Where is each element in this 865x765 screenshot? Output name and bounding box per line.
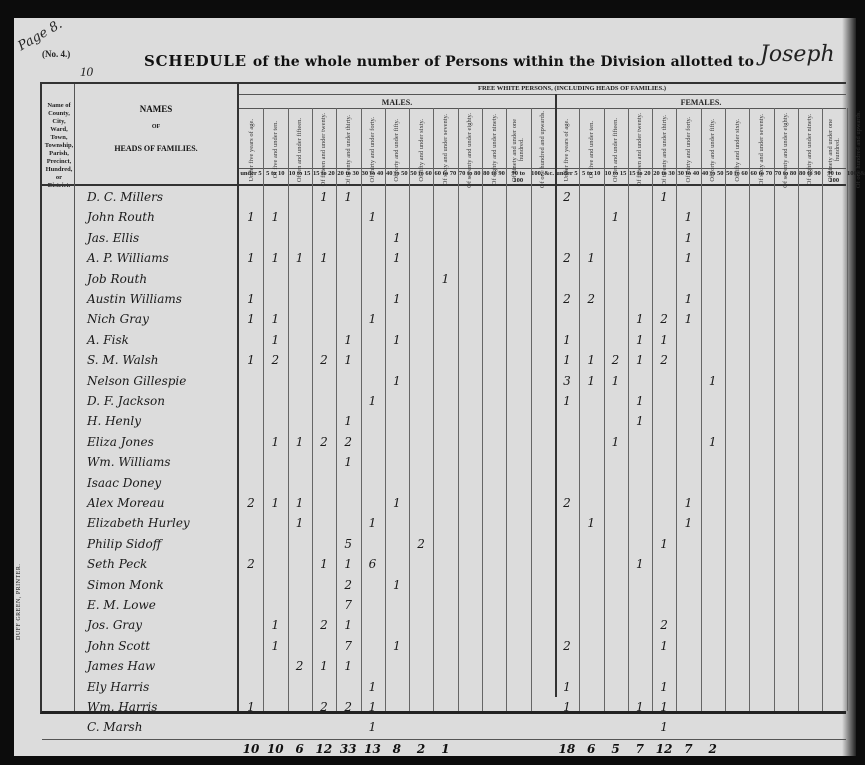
head-of-family-name: Nelson Gillespie — [87, 374, 186, 388]
males-count-cell: 1 — [336, 333, 360, 347]
head-of-family-name: Elizabeth Hurley — [87, 516, 190, 530]
females-count-cell: 1 — [701, 435, 725, 449]
rule-line — [409, 108, 410, 711]
females-column-description: Of twenty and under thirty. — [653, 110, 675, 190]
males-count-cell: 1 — [239, 353, 263, 367]
rule-line — [237, 84, 239, 711]
females-count-cell: 2 — [652, 312, 676, 326]
head-of-family-name: Alex Moreau — [87, 496, 164, 510]
males-total-cell: 12 — [312, 742, 336, 756]
males-column-description: Under five years of age. — [240, 110, 262, 190]
females-age-column-label: 100, &c. — [847, 170, 865, 177]
males-total-cell: 6 — [288, 742, 312, 756]
males-column-description: Of fifty and under sixty. — [410, 110, 432, 190]
males-count-cell: 1 — [385, 333, 409, 347]
males-count-cell: 5 — [336, 537, 360, 551]
females-count-cell: 1 — [628, 700, 652, 714]
males-count-cell: 1 — [385, 292, 409, 306]
males-header: MALES. — [239, 98, 555, 107]
females-count-cell: 2 — [555, 190, 579, 204]
head-of-family-name: Jas. Ellis — [87, 231, 139, 245]
males-count-cell: 1 — [263, 251, 287, 265]
males-age-column-label: 50 to 60 — [409, 170, 433, 177]
females-count-cell: 3 — [555, 374, 579, 388]
males-total-cell: 13 — [361, 742, 385, 756]
females-count-cell: 1 — [652, 537, 676, 551]
males-column-description: Of ten and under fifteen. — [289, 110, 311, 190]
males-count-cell: 1 — [263, 312, 287, 326]
males-count-cell: 1 — [336, 455, 360, 469]
females-count-cell: 2 — [555, 639, 579, 653]
males-age-column-label: 100, &c. — [531, 170, 555, 177]
males-count-cell: 1 — [385, 374, 409, 388]
rule-line — [676, 108, 677, 711]
males-total-cell: 10 — [239, 742, 263, 756]
males-count-cell: 1 — [239, 251, 263, 265]
females-count-cell: 1 — [676, 210, 700, 224]
females-age-column-label: 90 to 100 — [822, 170, 846, 184]
males-column-description: Of seventy and under eighty. — [459, 110, 481, 190]
males-count-cell: 1 — [361, 394, 385, 408]
males-count-cell: 1 — [336, 659, 360, 673]
females-count-cell: 1 — [652, 190, 676, 204]
males-column-description: Of fifteen and under twenty. — [313, 110, 335, 190]
males-count-cell: 1 — [263, 639, 287, 653]
head-of-family-name: James Haw — [87, 659, 155, 673]
males-count-cell: 1 — [239, 312, 263, 326]
rule-line — [433, 108, 434, 711]
females-count-cell: 1 — [676, 231, 700, 245]
males-count-cell: 6 — [361, 557, 385, 571]
head-of-family-name: A. Fisk — [87, 333, 129, 347]
head-of-family-name: Philip Sidoff — [87, 537, 161, 551]
females-count-cell: 1 — [628, 394, 652, 408]
females-count-cell: 2 — [555, 292, 579, 306]
rule-line — [237, 94, 846, 95]
head-of-family-name: Austin Williams — [87, 292, 182, 306]
females-count-cell: 1 — [652, 639, 676, 653]
males-count-cell: 1 — [385, 231, 409, 245]
females-count-cell: 2 — [555, 496, 579, 510]
males-count-cell: 1 — [361, 720, 385, 734]
rule-line — [288, 108, 289, 711]
rule-line — [579, 108, 580, 711]
females-total-cell: 18 — [555, 742, 579, 756]
head-of-family-name: Wm. Harris — [87, 700, 157, 714]
females-count-cell: 1 — [555, 700, 579, 714]
males-count-cell: 2 — [239, 557, 263, 571]
females-column-description: Of forty and under fifty. — [702, 110, 724, 190]
males-age-column-label: 5 to 10 — [263, 170, 287, 177]
rule-line — [749, 108, 750, 711]
females-header: FEMALES. — [555, 98, 847, 107]
males-count-cell: 1 — [385, 578, 409, 592]
males-total-cell: 8 — [385, 742, 409, 756]
females-count-cell: 1 — [652, 700, 676, 714]
males-column-description: Of sixty and under seventy. — [434, 110, 456, 190]
females-count-cell: 1 — [555, 353, 579, 367]
males-count-cell: 2 — [312, 435, 336, 449]
females-column-description: Of five and under ten. — [580, 110, 602, 190]
males-count-cell: 1 — [336, 557, 360, 571]
males-count-cell: 1 — [263, 618, 287, 632]
rule-line — [237, 108, 846, 109]
females-count-cell: 2 — [555, 251, 579, 265]
females-count-cell: 1 — [604, 435, 628, 449]
males-count-cell: 1 — [312, 659, 336, 673]
rule-line — [774, 108, 775, 711]
females-count-cell: 2 — [652, 618, 676, 632]
males-count-cell: 1 — [263, 333, 287, 347]
printer-imprint: DUFF GREEN, PRINTER. — [16, 564, 22, 640]
females-column-description: Of seventy and under eighty. — [775, 110, 797, 190]
males-age-column-label: 15 to 20 — [312, 170, 336, 177]
males-column-description: Of thirty and under forty. — [362, 110, 384, 190]
males-count-cell: 2 — [239, 496, 263, 510]
males-count-cell: 1 — [361, 312, 385, 326]
females-count-cell: 1 — [579, 516, 603, 530]
males-total-cell: 10 — [263, 742, 287, 756]
females-count-cell: 1 — [555, 394, 579, 408]
males-age-column-label: 10 to 15 — [288, 170, 312, 177]
head-of-family-name: John Routh — [87, 210, 155, 224]
females-age-column-label: 30 to 40 — [676, 170, 700, 177]
females-count-cell: 1 — [628, 414, 652, 428]
females-count-cell: 1 — [652, 333, 676, 347]
head-of-family-name: John Scott — [87, 639, 150, 653]
males-count-cell: 2 — [312, 700, 336, 714]
males-count-cell: 1 — [336, 190, 360, 204]
head-of-family-name: A. P. Williams — [87, 251, 169, 265]
females-count-cell: 1 — [652, 680, 676, 694]
females-count-cell: 1 — [628, 353, 652, 367]
head-of-family-name: E. M. Lowe — [87, 598, 156, 612]
title-rest: of the whole number of Persons within th… — [253, 54, 754, 70]
rule-line — [42, 739, 846, 740]
head-of-family-name: Ely Harris — [87, 680, 149, 694]
females-count-cell: 1 — [701, 374, 725, 388]
males-count-cell: 7 — [336, 598, 360, 612]
females-total-cell: 6 — [579, 742, 603, 756]
females-total-cell: 2 — [701, 742, 725, 756]
rule-line — [822, 108, 823, 711]
head-of-family-name: Seth Peck — [87, 557, 147, 571]
males-column-description: Of forty and under fifty. — [386, 110, 408, 190]
folio-number: 10 — [80, 64, 93, 80]
rule-line — [531, 108, 532, 711]
county-column-header: Name of County, City, Ward, Town, Townsh… — [44, 102, 74, 190]
names-header-line1: NAMES — [76, 104, 236, 114]
males-count-cell: 1 — [288, 516, 312, 530]
females-age-column-label: 20 to 30 — [652, 170, 676, 177]
females-column-description: Of thirty and under forty. — [677, 110, 699, 190]
rule-line — [482, 108, 483, 711]
males-count-cell: 1 — [239, 210, 263, 224]
males-count-cell: 2 — [312, 618, 336, 632]
females-count-cell: 1 — [555, 680, 579, 694]
females-column-description: Of fifty and under sixty. — [726, 110, 748, 190]
males-count-cell: 2 — [288, 659, 312, 673]
females-count-cell: 2 — [604, 353, 628, 367]
males-count-cell: 1 — [361, 680, 385, 694]
males-age-column-label: 30 to 40 — [361, 170, 385, 177]
females-age-column-label: 40 to 50 — [701, 170, 725, 177]
rule-line — [361, 108, 362, 711]
free-white-persons-header: FREE WHITE PERSONS, (INCLUDING HEADS OF … — [422, 85, 722, 92]
males-count-cell: 2 — [336, 700, 360, 714]
head-of-family-name: C. Marsh — [87, 720, 142, 734]
head-of-family-name: H. Henly — [87, 414, 141, 428]
head-of-family-name: D. F. Jackson — [87, 394, 165, 408]
rule-line — [74, 84, 75, 711]
females-total-cell: 7 — [628, 742, 652, 756]
females-age-column-label: 5 to 10 — [579, 170, 603, 177]
females-count-cell: 1 — [555, 333, 579, 347]
head-of-family-name: Eliza Jones — [87, 435, 154, 449]
males-count-cell: 1 — [385, 251, 409, 265]
head-of-family-name: Isaac Doney — [87, 476, 161, 490]
females-column-description: Under five years of age. — [556, 110, 578, 190]
males-count-cell: 1 — [312, 190, 336, 204]
males-count-cell: 1 — [288, 496, 312, 510]
females-count-cell: 1 — [676, 516, 700, 530]
females-total-cell: 5 — [604, 742, 628, 756]
rule-line — [701, 108, 702, 711]
males-count-cell: 1 — [239, 700, 263, 714]
females-column-description: Of sixty and under seventy. — [750, 110, 772, 190]
rule-line — [725, 108, 726, 711]
females-age-column-label: 60 to 70 — [749, 170, 773, 177]
head-of-family-name: Jos. Gray — [87, 618, 142, 632]
females-age-column-label: under 5 — [555, 170, 579, 177]
females-age-column-label: 70 to 80 — [774, 170, 798, 177]
males-count-cell: 2 — [312, 353, 336, 367]
names-header-line3: HEADS OF FAMILIES. — [76, 144, 236, 153]
females-count-cell: 1 — [652, 720, 676, 734]
females-count-cell: 1 — [628, 557, 652, 571]
males-count-cell: 1 — [385, 496, 409, 510]
females-total-cell: 7 — [676, 742, 700, 756]
census-table: Name of County, City, Ward, Town, Townsh… — [40, 82, 846, 714]
males-count-cell: 2 — [336, 435, 360, 449]
rule-line — [458, 108, 459, 711]
males-column-description: Of twenty and under thirty. — [337, 110, 359, 190]
males-count-cell: 1 — [336, 353, 360, 367]
females-column-description: Of fifteen and under twenty. — [629, 110, 651, 190]
females-count-cell: 1 — [676, 496, 700, 510]
females-count-cell: 1 — [604, 374, 628, 388]
males-count-cell: 1 — [361, 516, 385, 530]
females-count-cell: 1 — [628, 333, 652, 347]
females-count-cell: 2 — [652, 353, 676, 367]
females-column-description: Of eighty and under ninety. — [799, 110, 821, 190]
males-count-cell: 1 — [263, 435, 287, 449]
form-number: (No. 4.) — [42, 49, 70, 59]
males-count-cell: 1 — [433, 272, 457, 286]
rule-line — [604, 108, 605, 711]
males-count-cell: 1 — [288, 435, 312, 449]
males-age-column-label: under 5 — [239, 170, 263, 177]
females-total-cell: 12 — [652, 742, 676, 756]
males-age-column-label: 80 to 90 — [482, 170, 506, 177]
males-count-cell: 1 — [239, 292, 263, 306]
males-column-description: Of eighty and under ninety. — [483, 110, 505, 190]
rule-line — [506, 108, 507, 711]
females-count-cell: 1 — [676, 292, 700, 306]
rule-line — [385, 108, 386, 711]
rule-line — [628, 108, 629, 711]
males-age-column-label: 90 to 100 — [506, 170, 530, 184]
females-count-cell: 1 — [579, 353, 603, 367]
females-age-column-label: 15 to 20 — [628, 170, 652, 177]
males-count-cell: 1 — [336, 414, 360, 428]
rule-line — [847, 108, 848, 711]
males-count-cell: 1 — [336, 618, 360, 632]
males-total-cell: 1 — [433, 742, 457, 756]
head-of-family-name: D. C. Millers — [87, 190, 163, 204]
males-count-cell: 2 — [409, 537, 433, 551]
females-column-description: Of one hundred and upwards. — [848, 110, 865, 190]
females-count-cell: 1 — [628, 312, 652, 326]
females-count-cell: 1 — [579, 251, 603, 265]
females-count-cell: 1 — [676, 312, 700, 326]
males-count-cell: 1 — [361, 210, 385, 224]
males-count-cell: 2 — [336, 578, 360, 592]
head-of-family-name: Simon Monk — [87, 578, 164, 592]
division-name: Joseph — [760, 42, 835, 67]
males-count-cell: 1 — [361, 700, 385, 714]
males-count-cell: 1 — [288, 251, 312, 265]
page-title: SCHEDULEof the whole number of Persons w… — [144, 52, 754, 70]
females-count-cell: 1 — [676, 251, 700, 265]
males-count-cell: 1 — [312, 557, 336, 571]
males-age-column-label: 20 to 30 — [336, 170, 360, 177]
head-of-family-name: Job Routh — [87, 272, 147, 286]
males-age-column-label: 60 to 70 — [433, 170, 457, 177]
females-age-column-label: 80 to 90 — [798, 170, 822, 177]
head-of-family-name: S. M. Walsh — [87, 353, 159, 367]
head-of-family-name: Wm. Williams — [87, 455, 171, 469]
females-age-column-label: 50 to 60 — [725, 170, 749, 177]
males-age-column-label: 70 to 80 — [458, 170, 482, 177]
males-count-cell: 7 — [336, 639, 360, 653]
names-header-line2: OF — [76, 124, 236, 130]
males-column-description: Of one hundred and upwards. — [532, 110, 554, 190]
males-column-description: Of five and under ten. — [264, 110, 286, 190]
females-age-column-label: 10 to 15 — [604, 170, 628, 177]
males-count-cell: 2 — [263, 353, 287, 367]
males-total-cell: 33 — [336, 742, 360, 756]
males-count-cell: 1 — [385, 639, 409, 653]
males-total-cell: 2 — [409, 742, 433, 756]
females-count-cell: 2 — [579, 292, 603, 306]
females-column-description: Of ten and under fifteen. — [605, 110, 627, 190]
males-count-cell: 1 — [263, 210, 287, 224]
title-lead: SCHEDULE — [144, 52, 247, 70]
females-count-cell: 1 — [579, 374, 603, 388]
females-count-cell: 1 — [604, 210, 628, 224]
males-count-cell: 1 — [263, 496, 287, 510]
males-count-cell: 1 — [312, 251, 336, 265]
rule-line — [798, 108, 799, 711]
head-of-family-name: Nich Gray — [87, 312, 149, 326]
males-age-column-label: 40 to 50 — [385, 170, 409, 177]
